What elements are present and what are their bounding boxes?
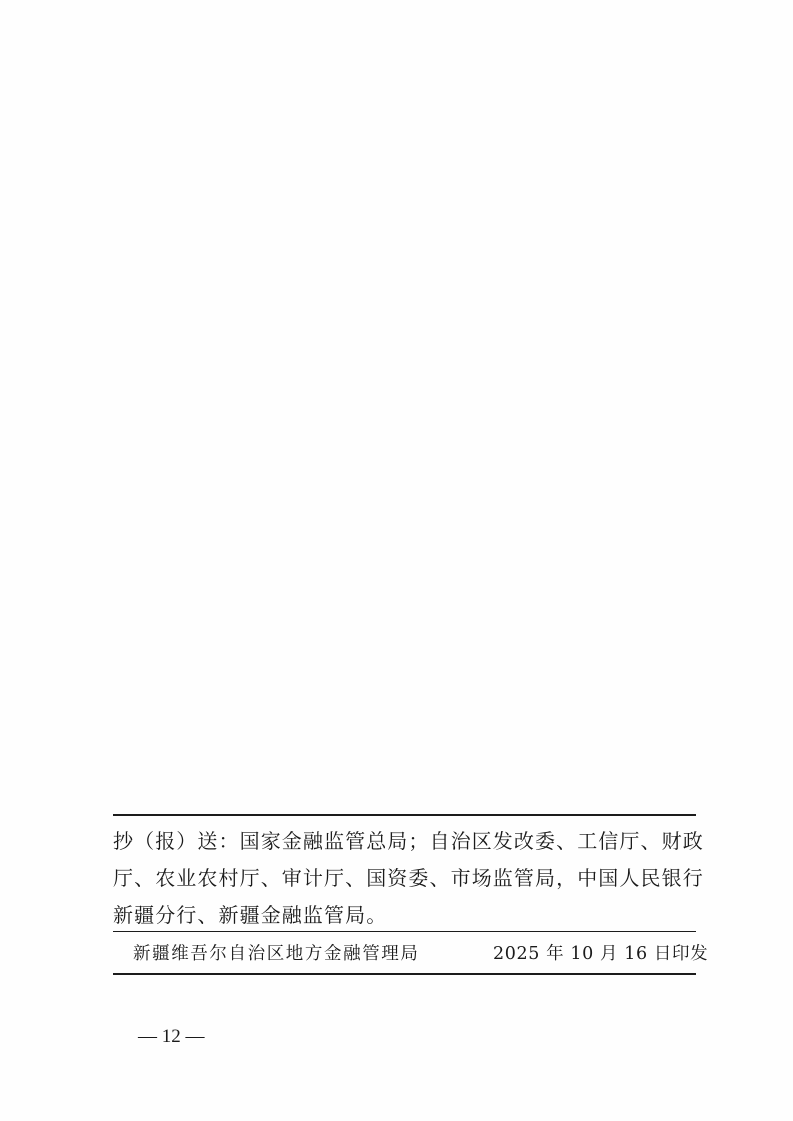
top-divider xyxy=(113,814,696,816)
cc-line-1: 抄（报）送：国家金融监管总局；自治区发改委、工信厅、财政 xyxy=(113,823,697,860)
issuer-row: 新疆维吾尔自治区地方金融管理局 2025 年 10 月 16 日印发 xyxy=(133,940,688,968)
issue-date: 2025 年 10 月 16 日印发 xyxy=(493,940,708,968)
cc-line-2: 厅、农业农村厅、审计厅、国资委、市场监管局，中国人民银行 xyxy=(113,860,697,897)
bottom-divider xyxy=(113,973,696,975)
document-page: 抄（报）送：国家金融监管总局；自治区发改委、工信厅、财政 厅、农业农村厅、审计厅… xyxy=(0,0,793,1121)
middle-divider xyxy=(113,931,696,932)
page-number: — 12 — xyxy=(138,1024,202,1050)
cc-recipients-block: 抄（报）送：国家金融监管总局；自治区发改委、工信厅、财政 厅、农业农村厅、审计厅… xyxy=(113,823,697,934)
cc-line-3: 新疆分行、新疆金融监管局。 xyxy=(113,897,697,934)
issuer-name: 新疆维吾尔自治区地方金融管理局 xyxy=(133,940,420,968)
